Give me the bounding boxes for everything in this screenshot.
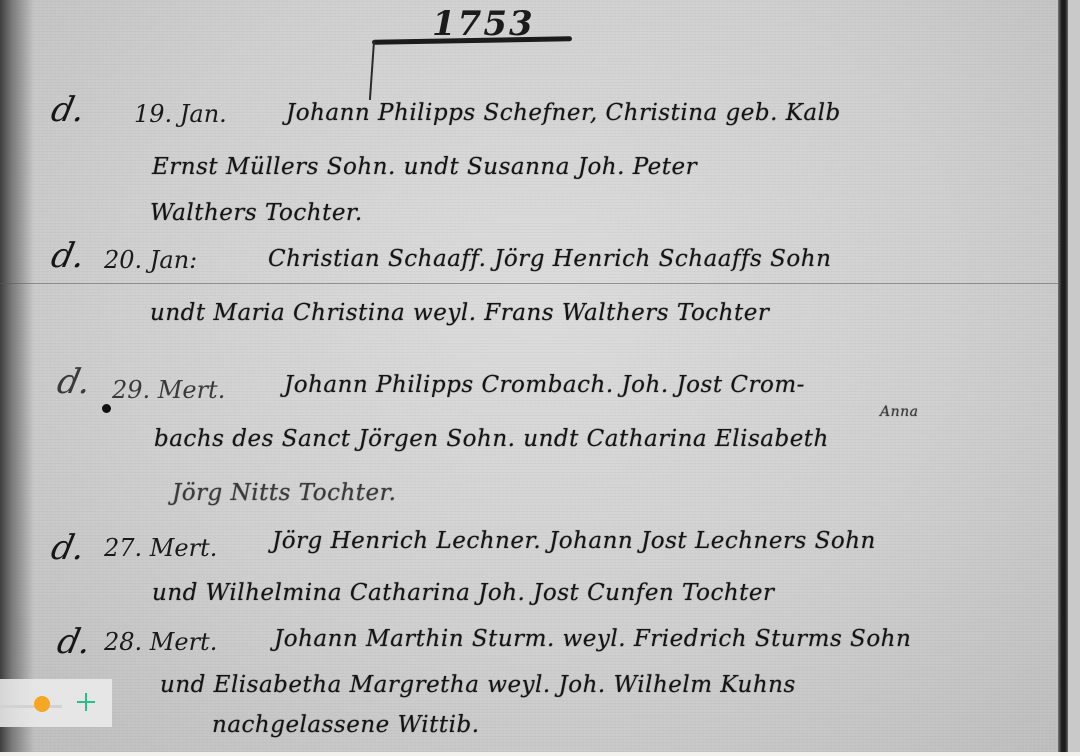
entry-line: Johann Philipps Crombach. Joh. Jost Crom… bbox=[284, 372, 805, 398]
scan-fold-line bbox=[0, 283, 1058, 284]
entry-marker: d. bbox=[54, 362, 95, 402]
entry-line: nachgelassene Wittib. bbox=[212, 712, 480, 738]
entry-line: Johann Philipps Schefner, Christina geb.… bbox=[286, 100, 841, 126]
entry-date: 28. Mert. bbox=[104, 628, 217, 656]
entry-marker: d. bbox=[54, 622, 95, 662]
entry-line: Walthers Tochter. bbox=[150, 200, 363, 226]
entry-line: undt Maria Christina weyl. Frans Walther… bbox=[150, 300, 769, 326]
zoom-control bbox=[0, 679, 112, 727]
zoom-in-plus-icon[interactable] bbox=[77, 693, 95, 711]
entry-marker: d. bbox=[48, 528, 89, 568]
entry-line: und Elisabetha Margretha weyl. Joh. Wilh… bbox=[160, 672, 796, 698]
entry-date: 27. Mert. bbox=[104, 534, 217, 562]
zoom-slider-track[interactable] bbox=[0, 705, 62, 708]
entry-date: 29. Mert. bbox=[112, 376, 225, 404]
entry-line: Ernst Müllers Sohn. undt Susanna Joh. Pe… bbox=[152, 154, 697, 180]
entry-line: und Wilhelmina Catharina Joh. Jost Cunfe… bbox=[152, 580, 775, 606]
entry-date: 20. Jan: bbox=[104, 246, 197, 274]
entry-marker: d. bbox=[48, 236, 89, 276]
entry-line: bachs des Sanct Jörgen Sohn. undt Cathar… bbox=[154, 426, 829, 452]
interlinear-correction: Anna bbox=[880, 404, 919, 420]
entry-date: 19. Jan. bbox=[134, 100, 227, 128]
page-binding-line bbox=[1058, 0, 1068, 752]
entry-marker: d. bbox=[48, 90, 89, 130]
ink-stroke bbox=[369, 40, 375, 100]
entry-line: Jörg Henrich Lechner. Johann Jost Lechne… bbox=[272, 528, 876, 554]
zoom-slider-knob[interactable] bbox=[34, 696, 50, 712]
entry-line: Johann Marthin Sturm. weyl. Friedrich St… bbox=[274, 626, 911, 652]
entry-line: Jörg Nitts Tochter. bbox=[172, 480, 396, 506]
page-edge-shadow bbox=[0, 0, 34, 752]
bottom-bar bbox=[0, 752, 1080, 756]
right-page-margin bbox=[1068, 0, 1080, 752]
entry-line: Christian Schaaff. Jörg Henrich Schaaffs… bbox=[268, 246, 831, 272]
document-viewer[interactable]: 1753 d. 19. Jan. Johann Philipps Schefne… bbox=[0, 0, 1080, 752]
ink-blot bbox=[102, 404, 111, 413]
